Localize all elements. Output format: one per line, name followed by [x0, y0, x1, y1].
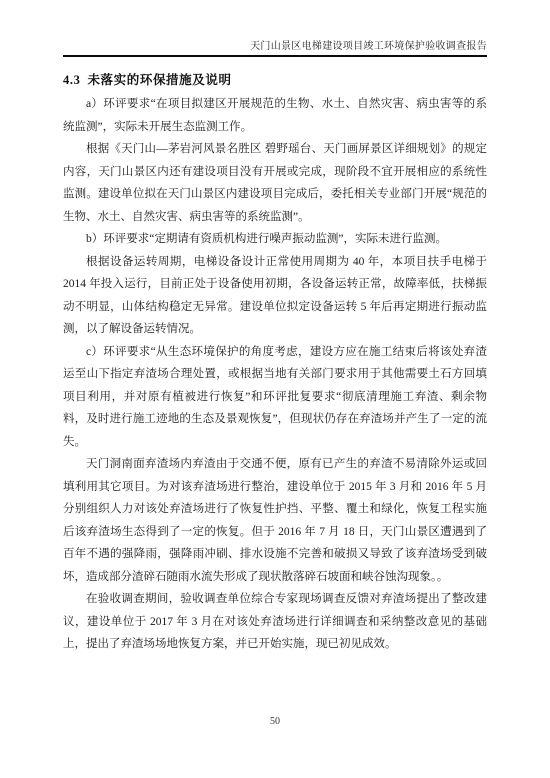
page-content: 天门山景区电梯建设项目竣工环境保护验收调查报告 4.3未落实的环保措施及说明 a…: [63, 0, 487, 656]
running-header-title: 天门山景区电梯建设项目竣工环境保护验收调查报告: [63, 0, 487, 52]
paragraph-a: a）环评要求“在项目拟建区开展规范的生物、水土、自然灾害、病虫害等的系统监测”，…: [63, 93, 487, 138]
paragraph-c-explanation-2: 在验收调查期间，验收调查单位综合专家现场调查反馈对弃渣场提出了整改建议，建设单位…: [63, 588, 487, 656]
paragraph-b: b）环评要求“定期请有资质机构进行噪声振动监测”，实际未进行监测。: [63, 228, 487, 251]
section-number: 4.3: [63, 73, 80, 87]
paragraph-c: c）环评要求“从生态环境保护的角度考虑，建设方应在施工结束后将该处弃渣运至山下指…: [63, 341, 487, 454]
section-heading: 4.3未落实的环保措施及说明: [63, 70, 487, 88]
page-number: 50: [0, 716, 550, 727]
section-title: 未落实的环保措施及说明: [87, 73, 231, 87]
paragraph-a-explanation: 根据《天门山—茅岩河风景名胜区 碧野瑶台、天门画屏景区详细规划》的规定内容，天门…: [63, 138, 487, 228]
body-text: a）环评要求“在项目拟建区开展规范的生物、水土、自然灾害、病虫害等的系统监测”，…: [63, 93, 487, 656]
report-page: 天门山景区电梯建设项目竣工环境保护验收调查报告 4.3未落实的环保措施及说明 a…: [0, 0, 550, 778]
paragraph-c-explanation-1: 天门洞南面弃渣场内弃渣由于交通不便，原有已产生的弃渣不易清除外运或回填利用其它项…: [63, 453, 487, 588]
header-rule: [63, 55, 487, 57]
paragraph-b-explanation: 根据设备运转周期，电梯设备设计正常使用周期为 40 年，本项目扶手电梯于 201…: [63, 251, 487, 341]
